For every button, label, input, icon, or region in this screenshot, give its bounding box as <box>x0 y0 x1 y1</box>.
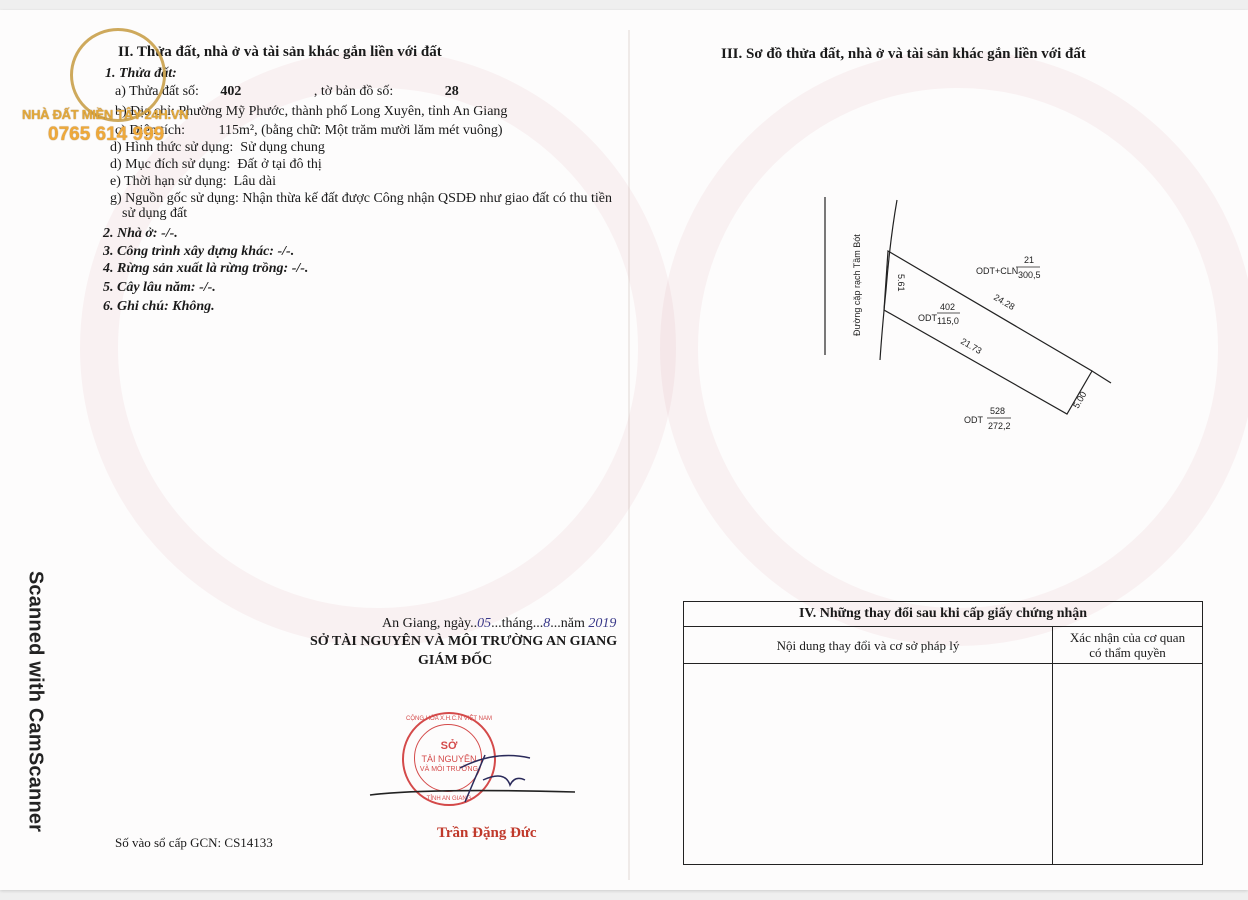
item-house: 2. Nhà ở: -/-. <box>103 226 178 242</box>
subject-number: 402 <box>940 302 955 312</box>
purpose-value: Đất ở tại đô thị <box>237 157 321 172</box>
map-number: 28 <box>397 84 459 99</box>
parcel-diagram: Đường cặp rạch Tầm Bót 5.61 24.28 21.73 … <box>800 100 1140 440</box>
date-year: 2019 <box>588 616 616 631</box>
south-number: 528 <box>990 406 1005 416</box>
road-label: Đường cặp rạch Tầm Bót <box>852 234 862 336</box>
column-header-content: Nội dung thay đổi và cơ sở pháp lý <box>684 627 1053 664</box>
subject-area: 115,0 <box>937 316 959 326</box>
section-iii-title: III. Sơ đồ thửa đất, nhà ở và tài sản kh… <box>721 46 1086 62</box>
changes-table: IV. Những thay đổi sau khi cấp giấy chứn… <box>683 601 1203 865</box>
north-area: 300,5 <box>1018 270 1041 280</box>
signer-position: GIÁM ĐỐC <box>418 653 492 669</box>
origin-row: g) Nguồn gốc sử dụng: Nhận thừa kế đất đ… <box>110 191 612 207</box>
column-header-confirmation: Xác nhận của cơ quan có thẩm quyền <box>1053 627 1203 664</box>
watermark-brand: NHÀ ĐẤT MIỀN TÂY 24H.VN <box>22 107 188 122</box>
edge-west: 5.61 <box>896 274 906 292</box>
certificate-sheet: II. Thửa đất, nhà ở và tài sản khác gắn … <box>0 10 1248 890</box>
date-year-label: năm <box>561 616 585 631</box>
origin-label: g) Nguồn gốc sử dụng: <box>110 191 239 206</box>
item-perennial-trees: 5. Cây lâu năm: -/-. <box>103 280 216 296</box>
signer-name: Trần Đặng Đức <box>437 825 537 841</box>
area-row: c) Diện tích: 115m², (bằng chữ: Một trăm… <box>115 123 503 139</box>
usage-form-value: Sử dụng chung <box>240 140 325 155</box>
south-code: ODT <box>964 415 984 425</box>
term-label: e) Thời hạn sử dụng: <box>110 174 227 189</box>
subject-code: ODT <box>918 313 938 323</box>
registry-number: Số vào sổ cấp GCN: CS14133 <box>115 835 273 851</box>
address-value: Phường Mỹ Phước, thành phố Long Xuyên, t… <box>178 104 507 119</box>
north-number: 21 <box>1024 255 1034 265</box>
map-number-label: , tờ bản đồ số: <box>314 84 393 99</box>
date-month-label: tháng <box>502 616 533 631</box>
date-place: An Giang, ngày <box>382 616 470 631</box>
south-area: 272,2 <box>988 421 1011 431</box>
date-month: 8 <box>543 616 550 631</box>
item-notes: 6. Ghi chú: Không. <box>103 299 215 315</box>
item-planted-forest: 4. Rừng sản xuất là rừng trồng: -/-. <box>103 261 308 277</box>
changes-confirmation-cell <box>1053 664 1203 865</box>
seal-ring-top: CỘNG HÒA X.H.C.N VIỆT NAM <box>404 716 494 722</box>
parcel-number-row: a) Thửa đất số: 402 , tờ bản đồ số: 28 <box>115 84 459 100</box>
issuing-agency: SỞ TÀI NGUYÊN VÀ MÔI TRƯỜNG AN GIANG <box>310 634 617 650</box>
term-value: Lâu dài <box>234 174 276 189</box>
changes-table-title: IV. Những thay đổi sau khi cấp giấy chứn… <box>684 602 1203 627</box>
purpose-row: d) Mục đích sử dụng: Đất ở tại đô thị <box>110 157 322 173</box>
edge-south: 21.73 <box>959 336 984 356</box>
watermark-phone: 0765 614 999 <box>48 124 164 146</box>
signing-date: An Giang, ngày..05...tháng...8...năm 201… <box>382 616 616 632</box>
confirmation-header-line2: có thẩm quyền <box>1089 645 1166 660</box>
camscanner-label: Scanned with CamScanner <box>24 562 47 842</box>
item-other-construction: 3. Công trình xây dựng khác: -/-. <box>103 244 294 260</box>
parcel-number: 402 <box>202 84 310 100</box>
term-row: e) Thời hạn sử dụng: Lâu dài <box>110 174 276 190</box>
changes-content-cell <box>684 664 1053 865</box>
purpose-label: d) Mục đích sử dụng: <box>110 157 230 172</box>
page-fold <box>628 30 630 880</box>
edge-north: 24.28 <box>992 292 1017 312</box>
north-code: ODT+CLN <box>976 266 1018 276</box>
origin-value: Nhận thừa kế đất được Công nhận QSDĐ như… <box>242 191 612 206</box>
signature <box>365 740 585 810</box>
origin-value-cont: sử dụng đất <box>122 206 187 222</box>
section-ii-title: II. Thửa đất, nhà ở và tài sản khác gắn … <box>118 44 442 60</box>
edge-east: 5.00 <box>1071 390 1088 410</box>
area-value: 115m², (bằng chữ: Một trăm mười lăm mét … <box>219 123 503 138</box>
confirmation-header-line1: Xác nhận của cơ quan <box>1070 630 1185 645</box>
date-day: 05 <box>477 616 491 631</box>
